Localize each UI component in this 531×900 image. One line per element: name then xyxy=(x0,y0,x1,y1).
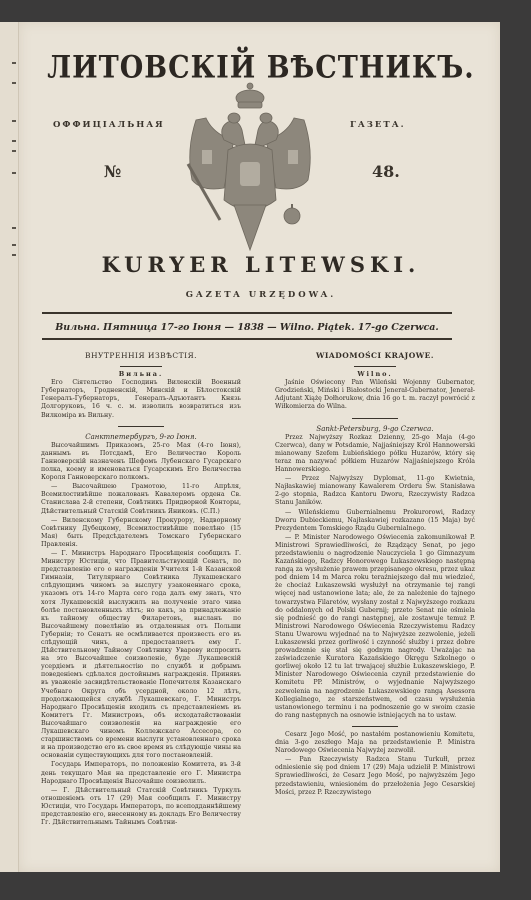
edge-text-fragment xyxy=(12,172,16,174)
dateline-bottom-rule xyxy=(42,338,452,340)
article-paragraph: Государь Императоръ, по положенію Комите… xyxy=(41,761,241,785)
article-paragraph: — P. Minister Narodowego Oświecenia zako… xyxy=(275,534,475,720)
edge-text-fragment xyxy=(12,227,16,229)
issue-number-label: № xyxy=(104,162,121,181)
divider xyxy=(120,366,162,367)
masthead-subtitle-right: ГАЗЕТА. xyxy=(350,120,406,130)
article-paragraph: Его Сіятельство Господинъ Виленскій Воен… xyxy=(41,379,241,419)
place-heading: Wilno. xyxy=(275,370,475,378)
russian-column: ВНУТРЕННІЯ ИЗВѢСТІЯ. Вильна. Его Сіятель… xyxy=(41,352,241,828)
place-heading: Вильна. xyxy=(41,370,241,378)
divider xyxy=(352,418,398,419)
article-paragraph: — Przez Najwyższy Dyplomat, 11-go Kwietn… xyxy=(275,475,475,507)
edge-text-fragment xyxy=(12,82,16,84)
article-paragraph: Jaśnie Oświecony Pan Wileński Wojenny Gu… xyxy=(275,379,475,411)
polish-column: WIADOMOŚCI KRAJOWE. Wilno. Jaśnie Oświec… xyxy=(275,352,475,798)
edge-text-fragment xyxy=(12,140,16,142)
masthead-title-polish: KURYER LITEWSKI. xyxy=(46,252,476,277)
column-heading-russian: ВНУТРЕННІЯ ИЗВѢСТІЯ. xyxy=(41,352,241,360)
edge-text-fragment xyxy=(12,120,16,122)
newspaper-page: ЛИТОВСКІЙ ВѢСТНИКЪ. ОФФИЦІАЛЬНАЯ ГАЗЕТА. xyxy=(19,22,500,872)
article-paragraph: — Г. Министръ Народнаго Просвѣщенія сооб… xyxy=(41,550,241,760)
article-paragraph: — Г. Дѣйствительный Статскій Совѣтникъ Т… xyxy=(41,787,241,827)
issue-number: 48. xyxy=(372,162,400,181)
article-paragraph: — Высочайшею Грамотою, 11-го Апрѣля, Все… xyxy=(41,483,241,515)
article-paragraph: Высочайшимъ Приказомъ, 25-го Мая (4-го І… xyxy=(41,442,241,482)
place-heading: Sankt-Petersburg, 9-go Czerwca. xyxy=(275,425,475,433)
article-paragraph: — Pan Rzeczywisty Radzca Stanu Turkułł, … xyxy=(275,756,475,796)
double-headed-eagle-crest-icon xyxy=(184,80,316,258)
masthead-subtitle-left: ОФФИЦІАЛЬНАЯ xyxy=(53,120,165,130)
dateline-top-rule xyxy=(42,312,452,314)
edge-text-fragment xyxy=(12,150,16,152)
divider xyxy=(118,426,164,427)
adjacent-page-edge xyxy=(0,22,19,872)
divider xyxy=(352,726,398,727)
article-paragraph: Cesarz Jego Mość, po nastałém postanowie… xyxy=(275,731,475,755)
divider xyxy=(354,366,396,367)
edge-text-fragment xyxy=(12,62,16,64)
article-paragraph: — Виленскому Губернскому Прокурору, Надв… xyxy=(41,517,241,549)
article-paragraph: — Wileńskiemu Gubernialnemu Prokurorowi,… xyxy=(275,509,475,533)
masthead-subtitle-polish: GAZETA URZĘDOWA. xyxy=(46,290,476,300)
edge-text-fragment xyxy=(12,244,16,246)
place-heading: Санктпетербургъ, 9-го Іюня. xyxy=(41,433,241,441)
dateline: Вильна. Пятница 17-го Іюня — 1838 — Wiln… xyxy=(42,322,452,333)
column-heading-polish: WIADOMOŚCI KRAJOWE. xyxy=(275,352,475,360)
article-paragraph: Przez Najwyższy Rozkaz Dzienny, 25-go Ma… xyxy=(275,434,475,474)
edge-text-fragment xyxy=(12,254,16,256)
